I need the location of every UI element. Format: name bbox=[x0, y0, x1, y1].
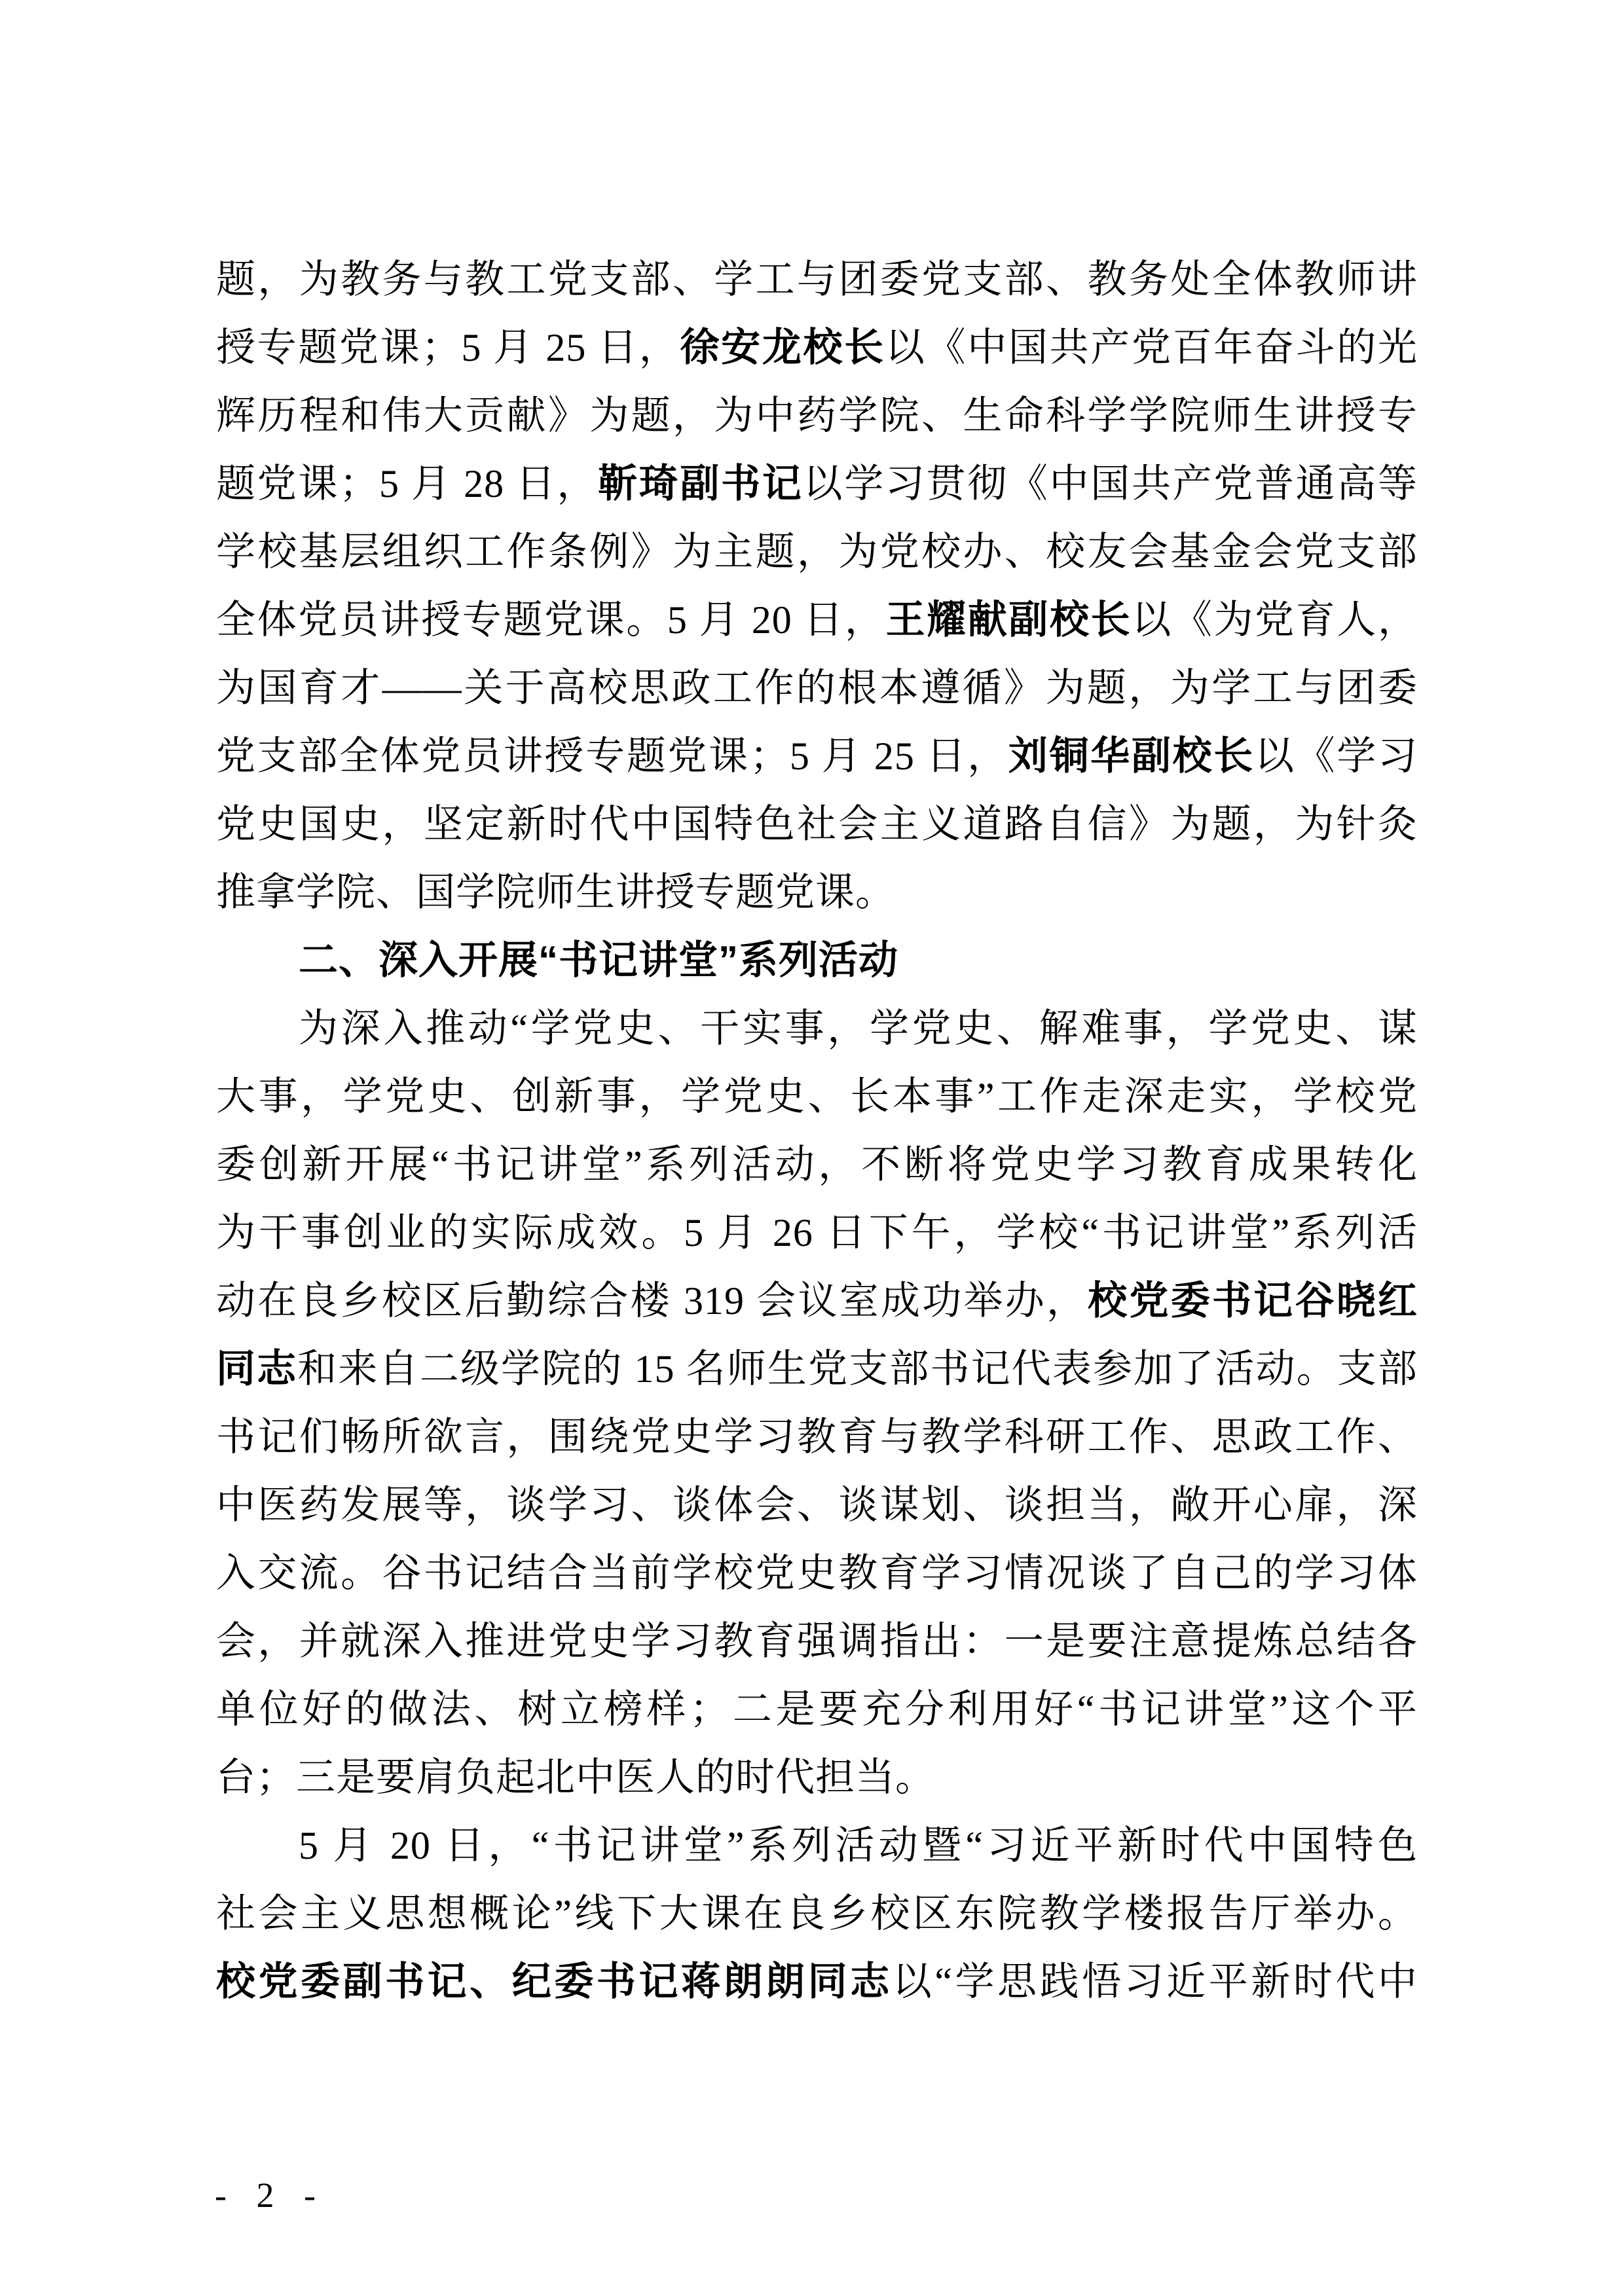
bold-text-run: 校党委副书记、纪委书记蒋朗朗同志 bbox=[216, 1960, 893, 2003]
bold-text-run: 刘铜华副校长 bbox=[1008, 735, 1255, 778]
text-run: 大事，学党史、创新事，学党史、长本事”工作走深走实，学校党 bbox=[216, 1075, 1418, 1118]
text-line: 社会主义思想概论”线下大课在良乡校区东院教学楼报告厅举办。 bbox=[216, 1880, 1418, 1948]
text-run: 党支部全体党员讲授专题党课；5 月 25 日， bbox=[216, 735, 1008, 778]
text-run: 5 月 20 日，“书记讲堂”系列活动暨“习近平新时代中国特色 bbox=[299, 1824, 1418, 1867]
text-line: 动在良乡校区后勤综合楼 319 会议室成功举办，校党委书记谷晓红 bbox=[216, 1267, 1418, 1335]
text-line: 题党课；5 月 28 日，靳琦副书记以学习贯彻《中国共产党普通高等 bbox=[216, 450, 1418, 518]
bold-text-run: 同志 bbox=[216, 1347, 297, 1391]
text-line: 为国育才——关于高校思政工作的根本遵循》为题，为学工与团委 bbox=[216, 654, 1418, 722]
bold-text-run: 校党委书记谷晓红 bbox=[1088, 1279, 1418, 1322]
text-run: 为国育才——关于高校思政工作的根本遵循》为题，为学工与团委 bbox=[216, 666, 1418, 710]
text-line: 学校基层组织工作条例》为主题，为党校办、校友会基金会党支部 bbox=[216, 518, 1418, 586]
document-page: 题，为教务与教工党支部、学工与团委党支部、教务处全体教师讲授专题党课；5 月 2… bbox=[0, 0, 1624, 2296]
text-run: 动在良乡校区后勤综合楼 319 会议室成功举办， bbox=[216, 1279, 1088, 1322]
text-run: 中医药发展等，谈学习、谈体会、谈谋划、谈担当，敞开心扉，深 bbox=[216, 1484, 1418, 1527]
text-run: 书记们畅所欲言，围绕党史学习教育与教学科研工作、思政工作、 bbox=[216, 1415, 1418, 1459]
text-line: 单位好的做法、树立榜样；二是要充分利用好“书记讲堂”这个平 bbox=[216, 1675, 1418, 1743]
text-line: 辉历程和伟大贡献》为题，为中药学院、生命科学学院师生讲授专 bbox=[216, 382, 1418, 450]
text-line: 台；三是要肩负起北中医人的时代担当。 bbox=[216, 1743, 1418, 1812]
text-line: 党支部全体党员讲授专题党课；5 月 25 日，刘铜华副校长以《学习 bbox=[216, 722, 1418, 790]
text-run: 为深入推动“学党史、干实事，学党史、解难事，学党史、谋 bbox=[299, 1007, 1418, 1050]
text-run: 全体党员讲授专题党课。5 月 20 日， bbox=[216, 598, 886, 642]
text-run: 会，并就深入推进党史学习教育强调指出：一是要注意提炼总结各 bbox=[216, 1620, 1418, 1663]
text-run: 学校基层组织工作条例》为主题，为党校办、校友会基金会党支部 bbox=[216, 530, 1418, 574]
text-line: 书记们畅所欲言，围绕党史学习教育与教学科研工作、思政工作、 bbox=[216, 1403, 1418, 1471]
text-run: 推拿学院、国学院师生讲授专题党课。 bbox=[216, 871, 895, 914]
text-line: 会，并就深入推进党史学习教育强调指出：一是要注意提炼总结各 bbox=[216, 1607, 1418, 1675]
text-run: 以学习贯彻《中国共产党普通高等 bbox=[803, 462, 1418, 505]
text-line: 校党委副书记、纪委书记蒋朗朗同志以“学思践悟习近平新时代中 bbox=[216, 1948, 1418, 2016]
text-line: 党史国史，坚定新时代中国特色社会主义道路自信》为题，为针灸 bbox=[216, 790, 1418, 858]
bold-text-run: 王耀献副校长 bbox=[886, 598, 1132, 642]
text-line: 推拿学院、国学院师生讲授专题党课。 bbox=[216, 858, 1418, 926]
text-line: 为深入推动“学党史、干实事，学党史、解难事，学党史、谋 bbox=[216, 994, 1418, 1063]
text-run: 单位好的做法、树立榜样；二是要充分利用好“书记讲堂”这个平 bbox=[216, 1688, 1418, 1731]
text-run: 以《学习 bbox=[1255, 735, 1418, 778]
text-line: 授专题党课；5 月 25 日，徐安龙校长以《中国共产党百年奋斗的光 bbox=[216, 314, 1418, 382]
text-run: 委创新开展“书记讲堂”系列活动，不断将党史学习教育成果转化 bbox=[216, 1143, 1418, 1186]
text-line: 大事，学党史、创新事，学党史、长本事”工作走深走实，学校党 bbox=[216, 1063, 1418, 1131]
text-run: 题，为教务与教工党支部、学工与团委党支部、教务处全体教师讲 bbox=[216, 258, 1418, 301]
text-run: 为干事创业的实际成效。5 月 26 日下午，学校“书记讲堂”系列活 bbox=[216, 1211, 1418, 1254]
text-run: 和来自二级学院的 15 名师生党支部书记代表参加了活动。支部 bbox=[297, 1347, 1418, 1391]
text-run: 以“学思践悟习近平新时代中 bbox=[893, 1960, 1418, 2003]
text-line: 入交流。谷书记结合当前学校党史教育学习情况谈了自己的学习体 bbox=[216, 1539, 1418, 1607]
text-line: 同志和来自二级学院的 15 名师生党支部书记代表参加了活动。支部 bbox=[216, 1335, 1418, 1403]
text-run: 党史国史，坚定新时代中国特色社会主义道路自信》为题，为针灸 bbox=[216, 803, 1418, 846]
text-run: 以《中国共产党百年奋斗的光 bbox=[885, 326, 1418, 369]
text-run: 入交流。谷书记结合当前学校党史教育学习情况谈了自己的学习体 bbox=[216, 1552, 1418, 1595]
bold-text-run: 徐安龙校长 bbox=[680, 326, 885, 369]
text-line: 全体党员讲授专题党课。5 月 20 日，王耀献副校长以《为党育人， bbox=[216, 586, 1418, 654]
text-run: 社会主义思想概论”线下大课在良乡校区东院教学楼报告厅举办。 bbox=[216, 1892, 1418, 1935]
text-run: 题党课；5 月 28 日， bbox=[216, 462, 598, 505]
text-line: 为干事创业的实际成效。5 月 26 日下午，学校“书记讲堂”系列活 bbox=[216, 1199, 1418, 1267]
text-run: 以《为党育人， bbox=[1132, 598, 1418, 642]
page-number: - 2 - bbox=[215, 2175, 326, 2215]
text-line: 中医药发展等，谈学习、谈体会、谈谋划、谈担当，敞开心扉，深 bbox=[216, 1471, 1418, 1539]
text-run: 二、深入开展“书记讲堂”系列活动 bbox=[299, 938, 898, 982]
text-run: 授专题党课；5 月 25 日， bbox=[216, 326, 680, 369]
bold-text-run: 靳琦副书记 bbox=[598, 462, 803, 505]
text-line: 委创新开展“书记讲堂”系列活动，不断将党史学习教育成果转化 bbox=[216, 1131, 1418, 1199]
text-run: 台；三是要肩负起北中医人的时代担当。 bbox=[216, 1756, 935, 1799]
text-line: 5 月 20 日，“书记讲堂”系列活动暨“习近平新时代中国特色 bbox=[216, 1812, 1418, 1880]
text-run: 辉历程和伟大贡献》为题，为中药学院、生命科学学院师生讲授专 bbox=[216, 394, 1418, 437]
section-heading: 二、深入开展“书记讲堂”系列活动 bbox=[216, 926, 1418, 994]
document-body: 题，为教务与教工党支部、学工与团委党支部、教务处全体教师讲授专题党课；5 月 2… bbox=[216, 246, 1418, 2016]
text-line: 题，为教务与教工党支部、学工与团委党支部、教务处全体教师讲 bbox=[216, 246, 1418, 314]
